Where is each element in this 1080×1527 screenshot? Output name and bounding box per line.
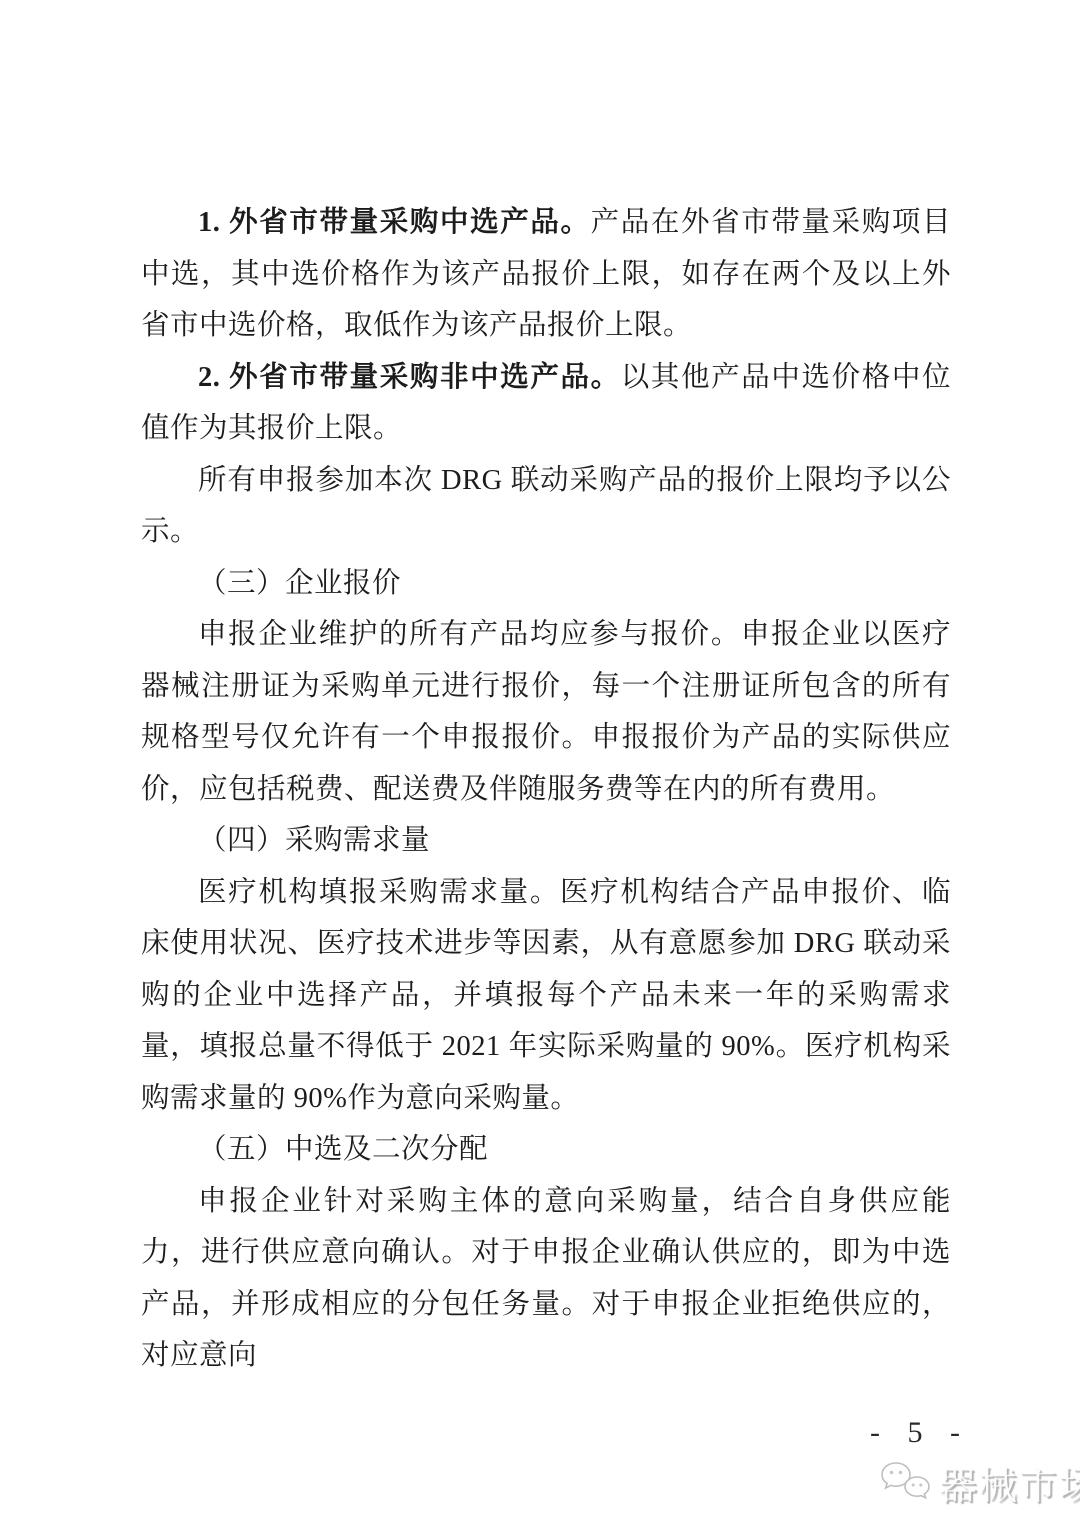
wechat-icon [880, 1460, 932, 1506]
paragraph-text: 申报企业针对采购主体的意向采购量，结合自身供应能力，进行供应意向确认。对于申报企… [141, 1186, 951, 1372]
paragraph: 申报企业针对采购主体的意向采购量，结合自身供应能力，进行供应意向确认。对于申报企… [141, 1176, 951, 1382]
paragraph: 2. 外省市带量采购非中选产品。以其他产品中选价格中位值作为其报价上限。 [141, 352, 951, 455]
heading-text: （三）企业报价 [198, 568, 401, 599]
paragraph: 所有申报参加本次 DRG 联动采购产品的报价上限均予以公示。 [141, 455, 951, 558]
heading-text: （四）采购需求量 [198, 825, 430, 856]
paragraph-text: 医疗机构填报采购需求量。医疗机构结合产品申报价、临床使用状况、医疗技术进步等因素… [141, 877, 951, 1114]
paragraph-lead: 1. 外省市带量采购中选产品。 [198, 207, 591, 238]
paragraph: 1. 外省市带量采购中选产品。产品在外省市带量采购项目中选，其中选价格作为该产品… [141, 197, 951, 352]
paragraph-lead: 2. 外省市带量采购非中选产品。 [198, 362, 621, 393]
paragraph-text: 所有申报参加本次 DRG 联动采购产品的报价上限均予以公示。 [141, 465, 951, 548]
body-text: 1. 外省市带量采购中选产品。产品在外省市带量采购项目中选，其中选价格作为该产品… [141, 197, 951, 1382]
watermark: 器械市场 [880, 1455, 1080, 1510]
section-heading: （四）采购需求量 [141, 815, 951, 867]
paragraph: 医疗机构填报采购需求量。医疗机构结合产品申报价、临床使用状况、医疗技术进步等因素… [141, 867, 951, 1125]
section-heading: （三）企业报价 [141, 558, 951, 610]
page-number: - 5 - [860, 1416, 980, 1450]
paragraph-text: 申报企业维护的所有产品均应参与报价。申报企业以医疗器械注册证为采购单元进行报价，… [141, 619, 951, 805]
document-page: 1. 外省市带量采购中选产品。产品在外省市带量采购项目中选，其中选价格作为该产品… [0, 0, 1080, 1527]
section-heading: （五）中选及二次分配 [141, 1124, 951, 1176]
paragraph: 申报企业维护的所有产品均应参与报价。申报企业以医疗器械注册证为采购单元进行报价，… [141, 609, 951, 815]
watermark-label: 器械市场 [939, 1455, 1080, 1510]
heading-text: （五）中选及二次分配 [198, 1134, 488, 1165]
